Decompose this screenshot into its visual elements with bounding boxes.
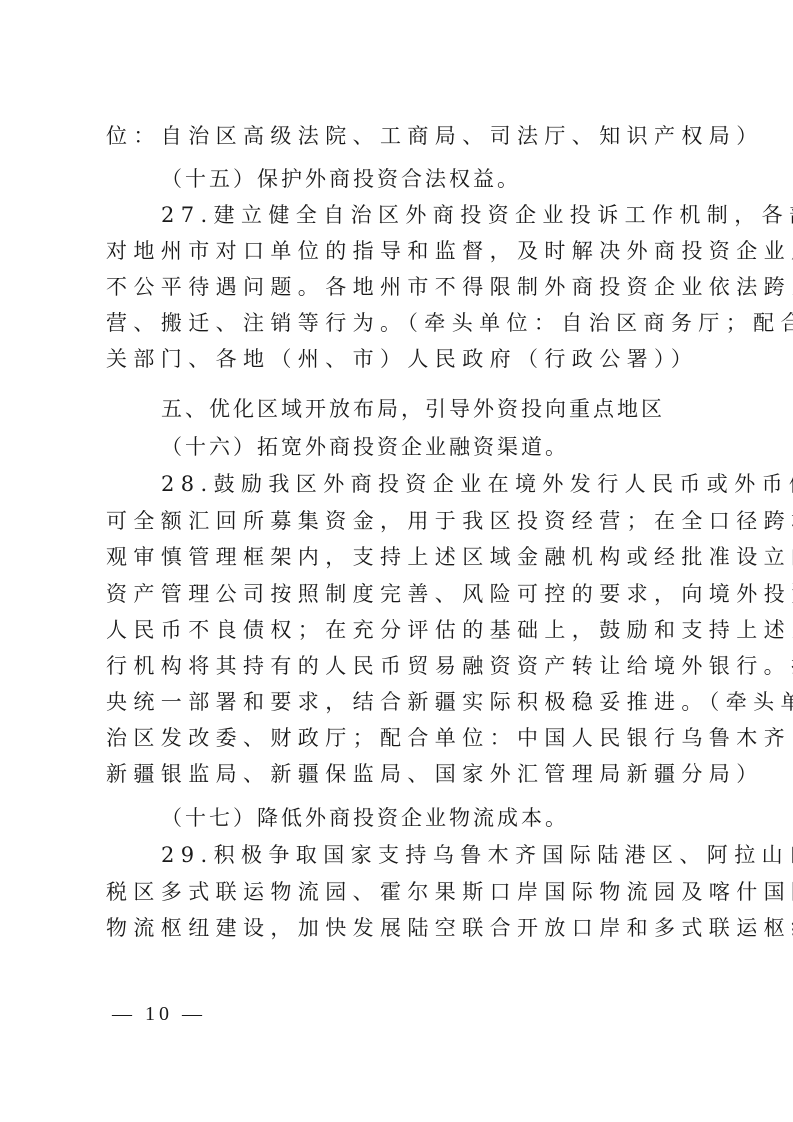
paragraph-line: 新疆银监局、新疆保监局、国家外汇管理局新疆分局） — [106, 756, 764, 792]
paragraph-line: 资产管理公司按照制度完善、风险可控的要求，向境外投资者转让 — [106, 576, 793, 612]
paragraph-line: 观审慎管理框架内，支持上述区域金融机构或经批准设立的地方 — [106, 539, 793, 575]
page-number: — 10 — — [112, 1003, 206, 1026]
paragraph-line: 27.建立健全自治区外商投资企业投诉工作机制，各部门加强 — [161, 197, 793, 233]
paragraph-line: 营、搬迁、注销等行为。（牵头单位：自治区商务厅；配合单位：各有 — [106, 305, 793, 341]
paragraph-line: 治区发改委、财政厅；配合单位：中国人民银行乌鲁木齐中心支行、 — [106, 720, 793, 756]
section-heading: 五、优化区域开放布局，引导外资投向重点地区 — [161, 391, 665, 427]
paragraph-line: 央统一部署和要求，结合新疆实际积极稳妥推进。（牵头单位：自 — [106, 684, 793, 720]
paragraph-line: 物流枢纽建设，加快发展陆空联合开放口岸和多式联运枢纽；贯彻 — [106, 910, 793, 946]
paragraph-line: 可全额汇回所募集资金，用于我区投资经营；在全口径跨境融资宏 — [106, 503, 793, 539]
paragraph-line: 人民币不良债权；在充分评估的基础上，鼓励和支持上述区域的银 — [106, 612, 793, 648]
paragraph-line: 位：自治区高级法院、工商局、司法厅、知识产权局） — [106, 118, 764, 154]
section-heading: （十七）降低外商投资企业物流成本。 — [161, 800, 569, 836]
section-heading: （十六）拓宽外商投资企业融资渠道。 — [161, 429, 569, 465]
paragraph-line: 不公平待遇问题。各地州市不得限制外商投资企业依法跨区域经 — [106, 269, 793, 305]
paragraph-line: 关部门、各地（州、市）人民政府（行政公署）） — [106, 341, 698, 377]
paragraph-line: 对地州市对口单位的指导和监督，及时解决外商投资企业反映的 — [106, 233, 793, 269]
paragraph-line: 税区多式联运物流园、霍尔果斯口岸国际物流园及喀什国际货运 — [106, 874, 793, 910]
section-heading: （十五）保护外商投资合法权益。 — [161, 161, 521, 197]
paragraph-line: 28.鼓励我区外商投资企业在境外发行人民币或外币债券，并 — [161, 466, 793, 502]
paragraph-line: 行机构将其持有的人民币贸易融资资产转让给境外银行。按照中 — [106, 648, 793, 684]
paragraph-line: 29.积极争取国家支持乌鲁木齐国际陆港区、阿拉山口综合保 — [161, 837, 793, 873]
